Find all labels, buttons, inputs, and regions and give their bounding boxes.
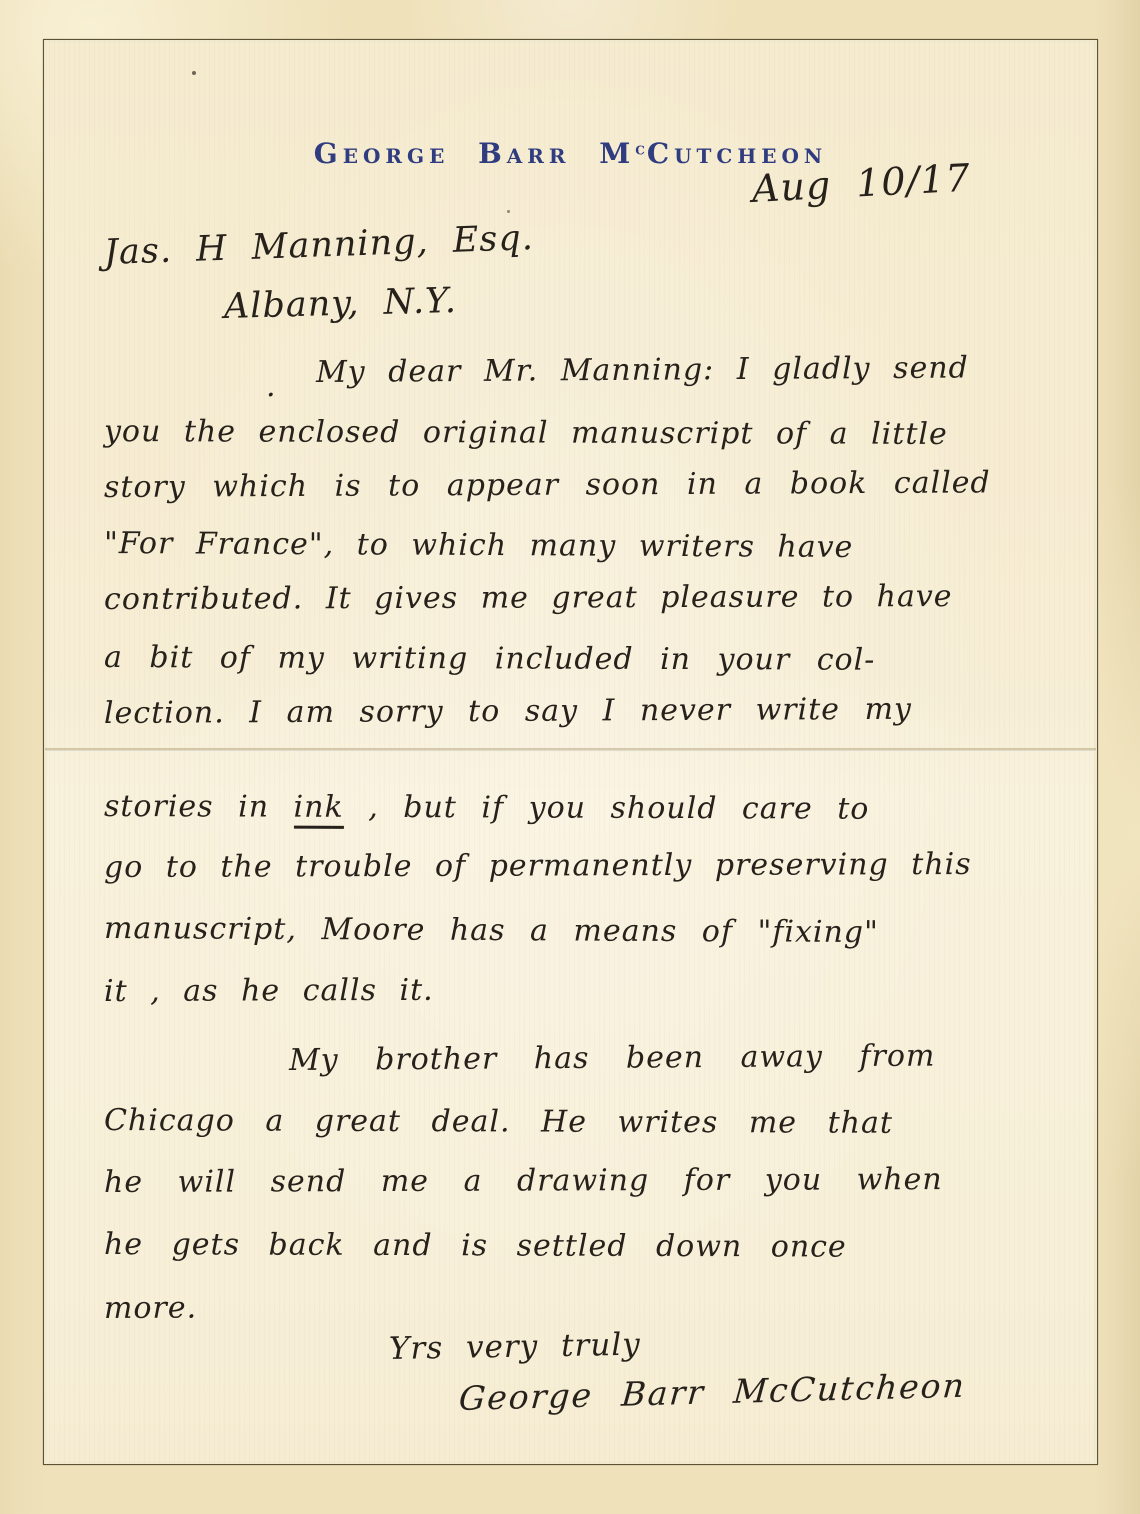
body-line-01: My dear Mr. Manning: I gladly send xyxy=(316,353,969,388)
ink-underlined-word: ink xyxy=(294,790,344,829)
stray-ink-mark: . xyxy=(266,372,277,402)
body-line-06: a bit of my writing included in your col… xyxy=(104,643,875,676)
body-line-08: stories in ink , but if you should care … xyxy=(104,792,870,825)
letter-frame: George Barr McCutcheon Aug 10/17 Jas. H … xyxy=(43,39,1098,1465)
letterhead-superscript-c: c xyxy=(635,139,647,159)
scanned-letter-page: George Barr McCutcheon Aug 10/17 Jas. H … xyxy=(0,0,1140,1514)
letterhead-part-1: George Barr M xyxy=(314,137,635,170)
fold-crease xyxy=(45,748,1096,752)
body-line-14: he will send me a drawing for you when xyxy=(104,1165,943,1198)
recipient-name-line: Jas. H Manning, Esq. xyxy=(103,221,534,271)
body-line-11: it , as he calls it. xyxy=(104,976,434,1007)
signature-line: George Barr McCutcheon xyxy=(458,1369,967,1415)
closing-line: Yrs very truly xyxy=(389,1330,641,1365)
paper-speck xyxy=(507,210,510,213)
body-line-15: he gets back and is settled down once xyxy=(104,1230,847,1263)
body-line-07: lection. I am sorry to say I never write… xyxy=(104,695,912,729)
body-line-12: My brother has been away from xyxy=(289,1041,936,1076)
date-line: Aug 10/17 xyxy=(751,159,972,208)
body-line-09: go to the trouble of permanently preserv… xyxy=(104,850,972,883)
body-line-04: "For France", to which many writers have xyxy=(104,529,854,563)
body-line-08-post: , but if you should care to xyxy=(344,790,870,827)
paper-speck xyxy=(192,71,196,75)
body-line-08-pre: stories in xyxy=(104,789,294,825)
body-line-13: Chicago a great deal. He writes me that xyxy=(104,1106,893,1139)
body-line-05: contributed. It gives me great pleasure … xyxy=(104,582,953,615)
body-line-03: story which is to appear soon in a book … xyxy=(104,468,991,503)
body-line-16: more. xyxy=(104,1294,197,1324)
recipient-city-line: Albany, N.Y. xyxy=(224,284,458,325)
body-line-02: you the enclosed original manuscript of … xyxy=(104,417,948,450)
body-line-10: manuscript, Moore has a means of "fixing… xyxy=(104,914,879,948)
